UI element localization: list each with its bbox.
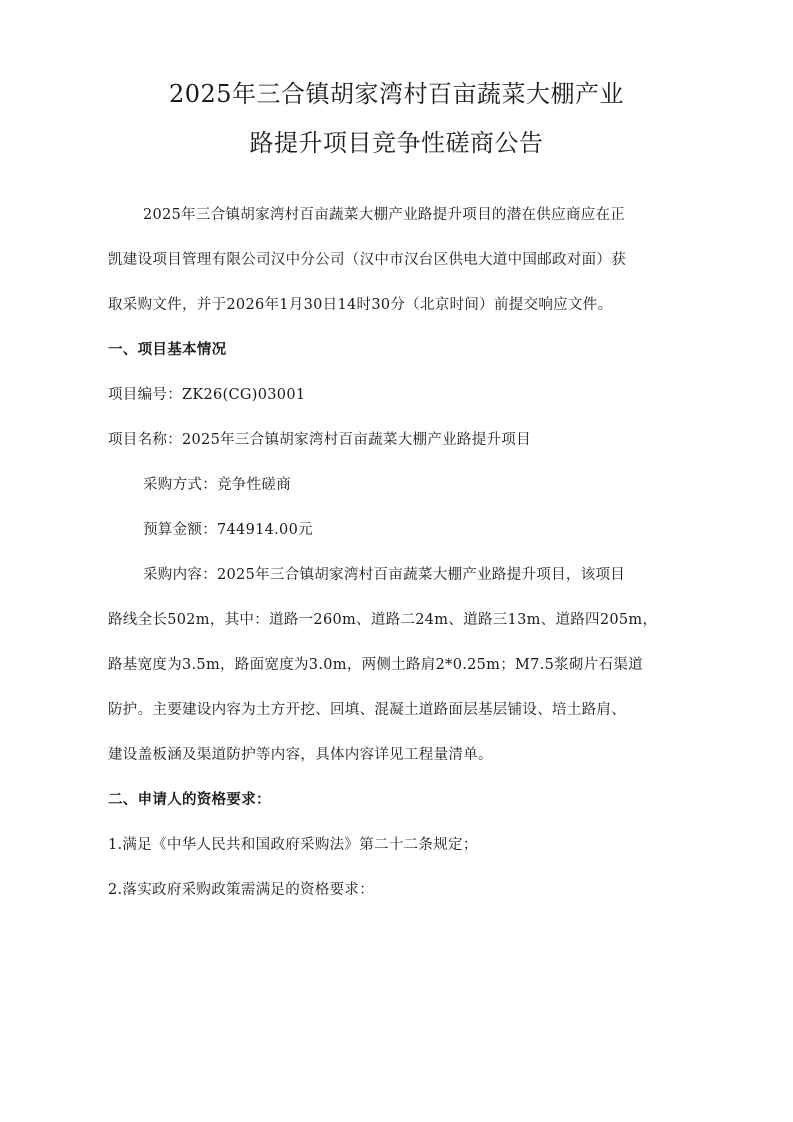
project-name: 项目名称：2025年三合镇胡家湾村百亩蔬菜大棚产业路提升项目 — [108, 428, 531, 449]
budget-amount: 预算金额：744914.00元 — [143, 518, 313, 539]
project-number: 项目编号：ZK26(CG)03001 — [108, 383, 305, 404]
content-line-5: 建设盖板涵及渠道防护等内容，具体内容详见工程量清单。 — [108, 743, 493, 764]
content-line-4: 防护。主要建设内容为土方开挖、回填、混凝土道路面层基层铺设、培土路肩、 — [108, 698, 626, 719]
document-title-line-2: 路提升项目竞争性磋商公告 — [0, 123, 793, 158]
content-line-3: 路基宽度为3.5m，路面宽度为3.0m，两侧土路肩2*0.25m；M7.5浆砌片… — [108, 653, 643, 674]
intro-line-2: 凯建设项目管理有限公司汉中分公司（汉中市汉台区供电大道中国邮政对面）获 — [108, 248, 626, 269]
document-title-line-1: 2025年三合镇胡家湾村百亩蔬菜大棚产业 — [0, 74, 793, 109]
content-line-2: 路线全长502m，其中：道路一260m、道路二24m、道路三13m、道路四205… — [108, 608, 657, 629]
section-2-heading: 二、申请人的资格要求： — [108, 788, 271, 809]
intro-line-1: 2025年三合镇胡家湾村百亩蔬菜大棚产业路提升项目的潜在供应商应在正 — [143, 203, 625, 224]
content-line-1: 采购内容：2025年三合镇胡家湾村百亩蔬菜大棚产业路提升项目，该项目 — [143, 563, 625, 584]
procurement-method: 采购方式：竞争性磋商 — [143, 473, 291, 494]
requirement-item-1: 1.满足《中华人民共和国政府采购法》第二十二条规定； — [108, 833, 478, 854]
intro-line-3: 取采购文件，并于2026年1月30日14时30分（北京时间）前提交响应文件。 — [108, 293, 612, 314]
section-1-heading: 一、项目基本情况 — [108, 338, 226, 359]
requirement-item-2: 2.落实政府采购政策需满足的资格要求： — [108, 878, 374, 899]
